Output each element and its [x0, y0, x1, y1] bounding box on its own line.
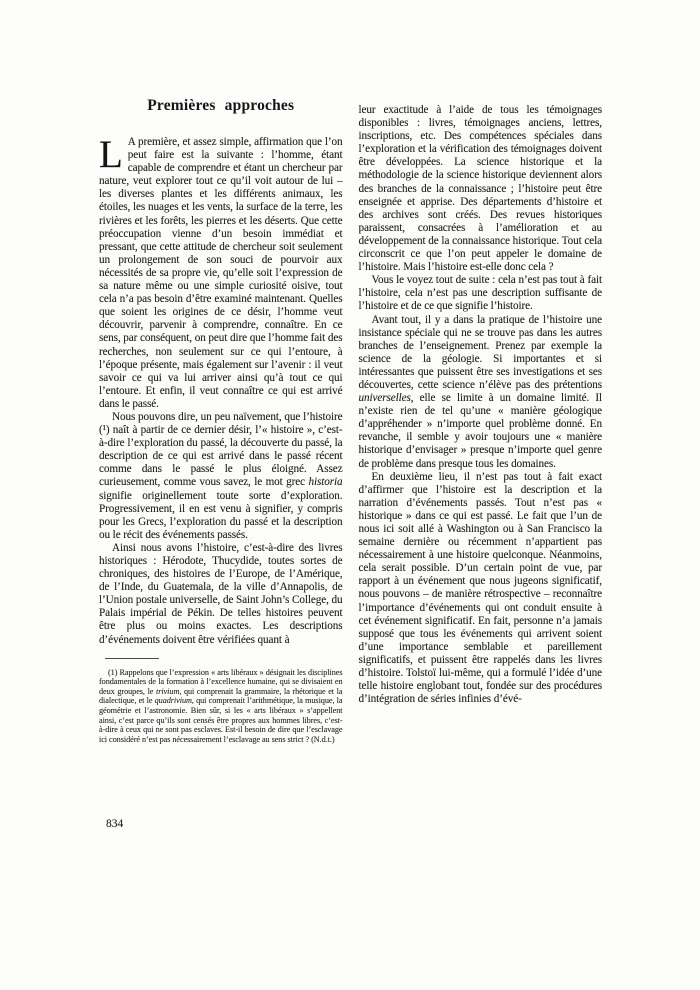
text-columns: Premières approches LA première, et asse… — [99, 97, 602, 744]
text-run: Ainsi nous avons l’histoire, c’est-à-dir… — [99, 542, 343, 646]
italic-text-run: historia — [308, 476, 342, 488]
book-page: Premières approches LA première, et asse… — [0, 0, 700, 990]
paragraph: (1) Rappelons que l’expression « arts li… — [99, 668, 343, 745]
paragraph: Ainsi nous avons l’histoire, c’est-à-dir… — [99, 542, 343, 647]
drop-cap: L — [99, 136, 128, 171]
paragraph: En deuxième lieu, il n’est pas tout à fa… — [359, 471, 603, 707]
text-run: signifie originellement toute sorte d’ex… — [99, 490, 343, 541]
text-run: A première, et assez simple, affirmation… — [99, 136, 343, 410]
paragraph: Avant tout, il y a dans la pratique de l… — [359, 314, 603, 471]
footnote: (1) Rappelons que l’expression « arts li… — [99, 668, 343, 745]
text-run: En deuxième lieu, il n’est pas tout à fa… — [359, 471, 603, 706]
text-run: Nous pouvons dire, un peu naïvement, que… — [99, 411, 343, 488]
text-run: Avant tout, il y a dans la pratique de l… — [359, 314, 603, 391]
text-run: Vous le voyez tout de suite : cela n’est… — [359, 274, 603, 312]
paragraph: Vous le voyez tout de suite : cela n’est… — [359, 274, 603, 313]
page-number: 834 — [106, 818, 123, 830]
left-column: Premières approches LA première, et asse… — [99, 97, 343, 744]
left-column-paragraphs: LA première, et assez simple, affirmatio… — [99, 136, 343, 647]
paragraph: LA première, et assez simple, affirmatio… — [99, 136, 343, 411]
section-title: Premières approches — [99, 97, 343, 115]
italic-text-run: universelles — [359, 392, 411, 404]
italic-text-run: quadrivium — [155, 696, 192, 705]
text-run: leur exactitude à l’aide de tous les tém… — [359, 104, 603, 273]
right-column-paragraphs: leur exactitude à l’aide de tous les tém… — [359, 104, 603, 706]
paragraph: leur exactitude à l’aide de tous les tém… — [359, 104, 603, 274]
paragraph: Nous pouvons dire, un peu naïvement, que… — [99, 411, 343, 542]
right-column: leur exactitude à l’aide de tous les tém… — [359, 97, 603, 744]
italic-text-run: trivium — [156, 687, 179, 696]
footnote-divider — [105, 658, 159, 659]
